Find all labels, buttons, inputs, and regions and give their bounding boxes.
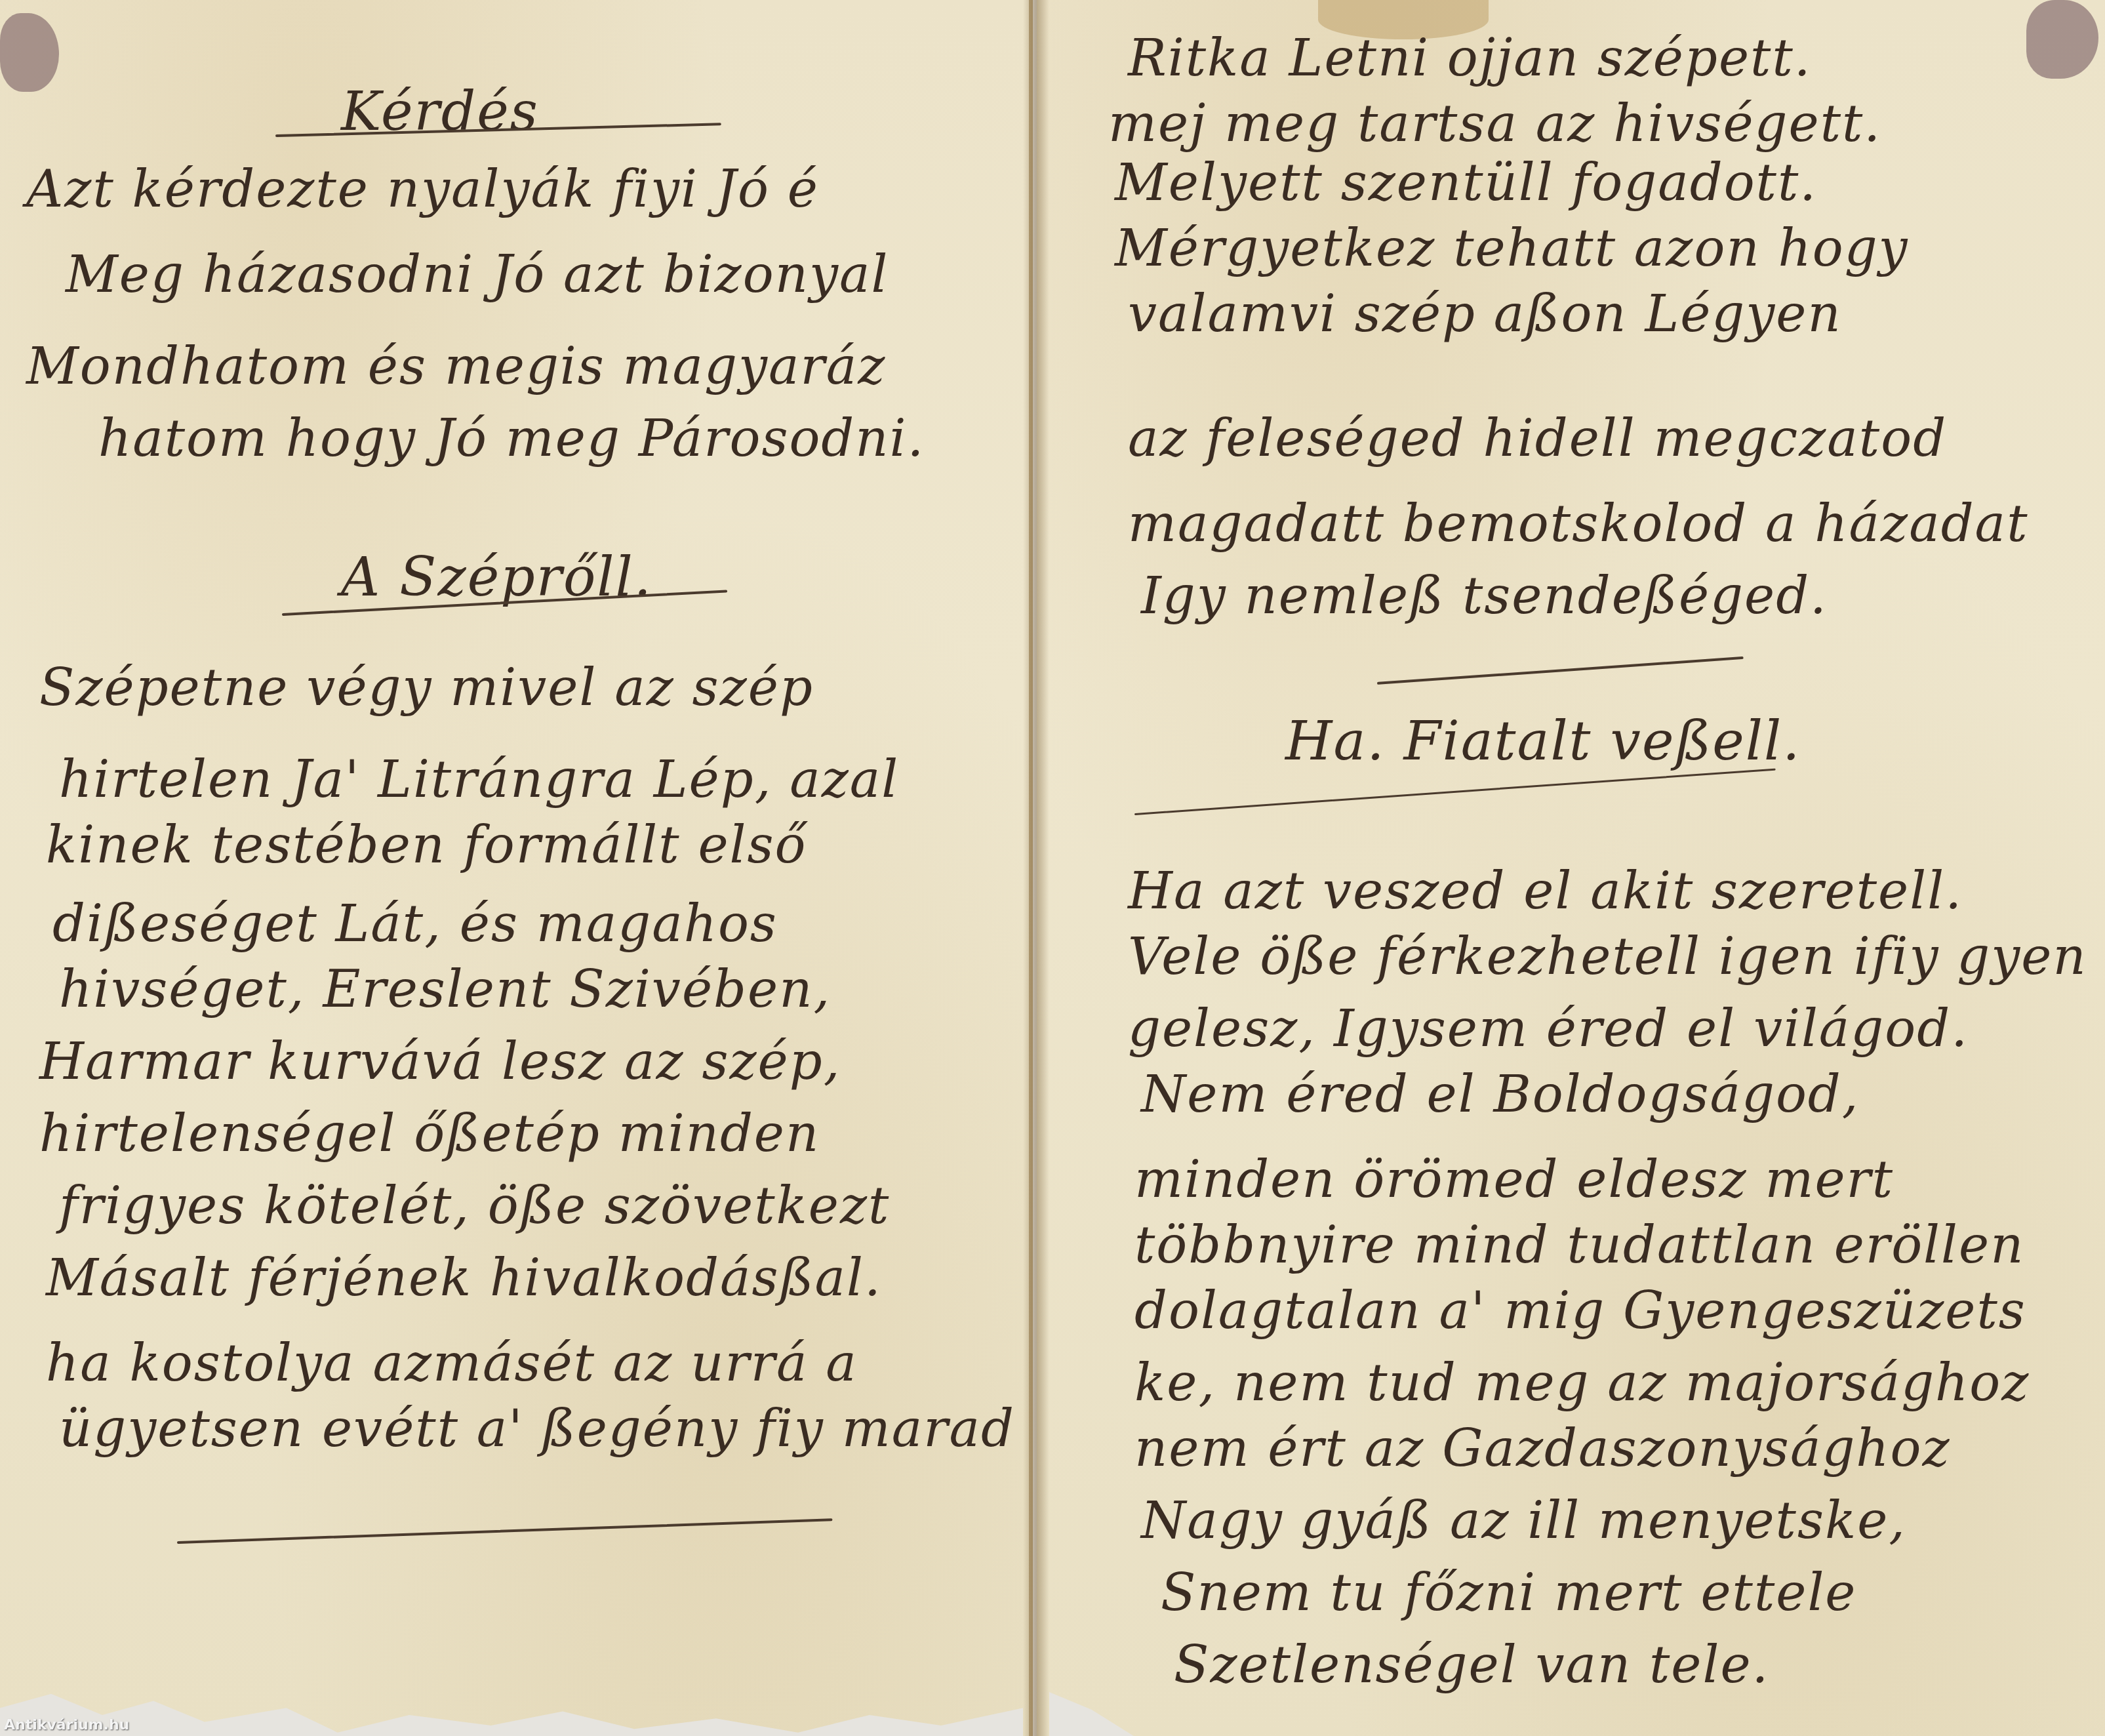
text-line: ke, nem tud meg az majorsághoz bbox=[1134, 1358, 2030, 1409]
text-line: frigyes kötelét, öße szövetkezt bbox=[59, 1181, 890, 1232]
text-line: hirtelen Ja' Litrángra Lép, azal bbox=[59, 754, 899, 805]
text-line: dolagtalan a' mig Gyengeszüzets bbox=[1134, 1285, 2026, 1337]
text-line: Nagy gyáß az ill menyetske, bbox=[1141, 1495, 1906, 1546]
text-line: nem ért az Gazdaszonysághoz bbox=[1134, 1423, 1951, 1474]
text-line: hivséget, Ereslent Szivében, bbox=[59, 964, 831, 1015]
text-line: magadatt bemotskolod a házadat bbox=[1128, 498, 2028, 550]
text-line: Igy nemleß tsendeßéged. bbox=[1141, 571, 1828, 622]
text-line: ha kostolya azmásét az urrá a bbox=[46, 1338, 858, 1389]
text-line: Szépetne végy mivel az szép bbox=[39, 662, 814, 714]
ink-stain-top-left bbox=[0, 13, 59, 92]
text-line: Ha azt veszed el akit szeretell. bbox=[1128, 866, 1963, 917]
text-line: Ritka Letni ojjan szépett. bbox=[1128, 33, 1812, 84]
text-line: Harmar kurvává lesz az szép, bbox=[39, 1036, 841, 1087]
text-line: többnyire mind tudattlan eröllen bbox=[1134, 1220, 2024, 1271]
text-line: Snem tu főzni mert ettele bbox=[1161, 1567, 1857, 1619]
text-line: Mondhatom és megis magyaráz bbox=[26, 341, 886, 392]
text-line: Melyett szentüll fogadott. bbox=[1115, 157, 1817, 209]
text-line: ügyetsen evétt a' ßegény fiy marad bbox=[59, 1403, 1015, 1455]
text-line: Vele öße férkezhetell igen ifiy gyen bbox=[1128, 931, 2087, 982]
text-line: valamvi szép aßon Légyen bbox=[1128, 289, 1842, 340]
text-line: Másalt férjének hivalkodásßal. bbox=[46, 1253, 882, 1304]
text-line: mej meg tartsa az hivségett. bbox=[1108, 98, 1881, 150]
text-line: dißeséget Lát, és magahos bbox=[52, 898, 778, 950]
text-line: gelesz, Igysem éred el világod. bbox=[1128, 1003, 1969, 1055]
text-line: Meg házasodni Jó azt bizonyal bbox=[66, 249, 889, 300]
text-line: minden örömed eldesz mert bbox=[1134, 1154, 1894, 1205]
text-line: Mérgyetkez tehatt azon hogy bbox=[1115, 223, 1909, 274]
text-line: az feleséged hidell megczatod bbox=[1128, 413, 1947, 464]
text-line: Nem éred el Boldogságod, bbox=[1141, 1069, 1860, 1120]
text-line: Szetlenségel van tele. bbox=[1174, 1640, 1769, 1691]
text-line: hatom hogy Jó meg Párosodni. bbox=[98, 413, 925, 464]
watermark: Antikvárium.hu bbox=[4, 1717, 129, 1733]
text-line: kinek testében formállt első bbox=[46, 820, 807, 871]
text-line: hirtelenségel őßetép minden bbox=[39, 1108, 820, 1160]
text-line: Azt kérdezte nyalyák fiyi Jó é bbox=[26, 164, 819, 215]
heading-ha-fiatalt-veszel: Ha. Fiatalt veßell. bbox=[1285, 715, 1801, 769]
book-gutter bbox=[1023, 0, 1049, 1736]
